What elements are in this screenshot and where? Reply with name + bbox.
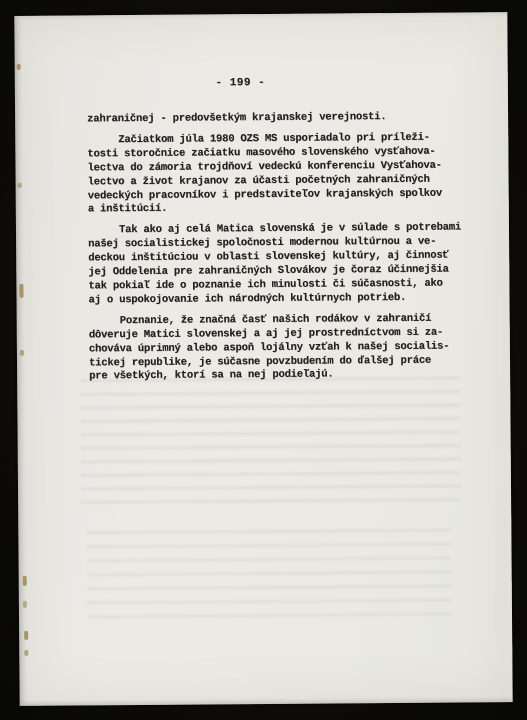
binding-mark (24, 631, 28, 640)
text-line: aj o uspokojovanie ich národných kultúrn… (88, 291, 460, 308)
binding-mark (18, 183, 22, 188)
paragraph: zahraničnej - predovšetkým krajanskej ve… (87, 110, 459, 127)
showthrough-text-upper (80, 376, 461, 513)
text-line: a inštitúcií. (88, 201, 460, 218)
document-page: - 199 - zahraničnej - predovšetkým kraja… (14, 12, 512, 706)
binding-mark (19, 284, 23, 298)
text-block: zahraničnej - predovšetkým krajanskej ve… (87, 110, 461, 384)
binding-mark (23, 601, 27, 608)
paragraph: Začiatkom júla 1980 OZS MS usporiadalo p… (87, 131, 460, 217)
scan-background: { "document": { "page_number": "- 199 -"… (0, 0, 527, 720)
showthrough-text-lower (86, 529, 452, 620)
binding-mark (20, 350, 24, 356)
binding-mark (17, 64, 21, 70)
text-line: pre všetkých, ktorí sa na nej podieľajú. (89, 368, 461, 385)
text-line: zahraničnej - predovšetkým krajanskej ve… (87, 110, 459, 127)
binding-mark (24, 650, 28, 656)
paragraph: Tak ako aj celá Matica slovenská je v sú… (88, 222, 461, 308)
paragraph: Poznanie, že značná časť našich rodákov … (89, 312, 462, 384)
binding-mark (23, 576, 27, 586)
page-number: - 199 - (0, 75, 487, 91)
